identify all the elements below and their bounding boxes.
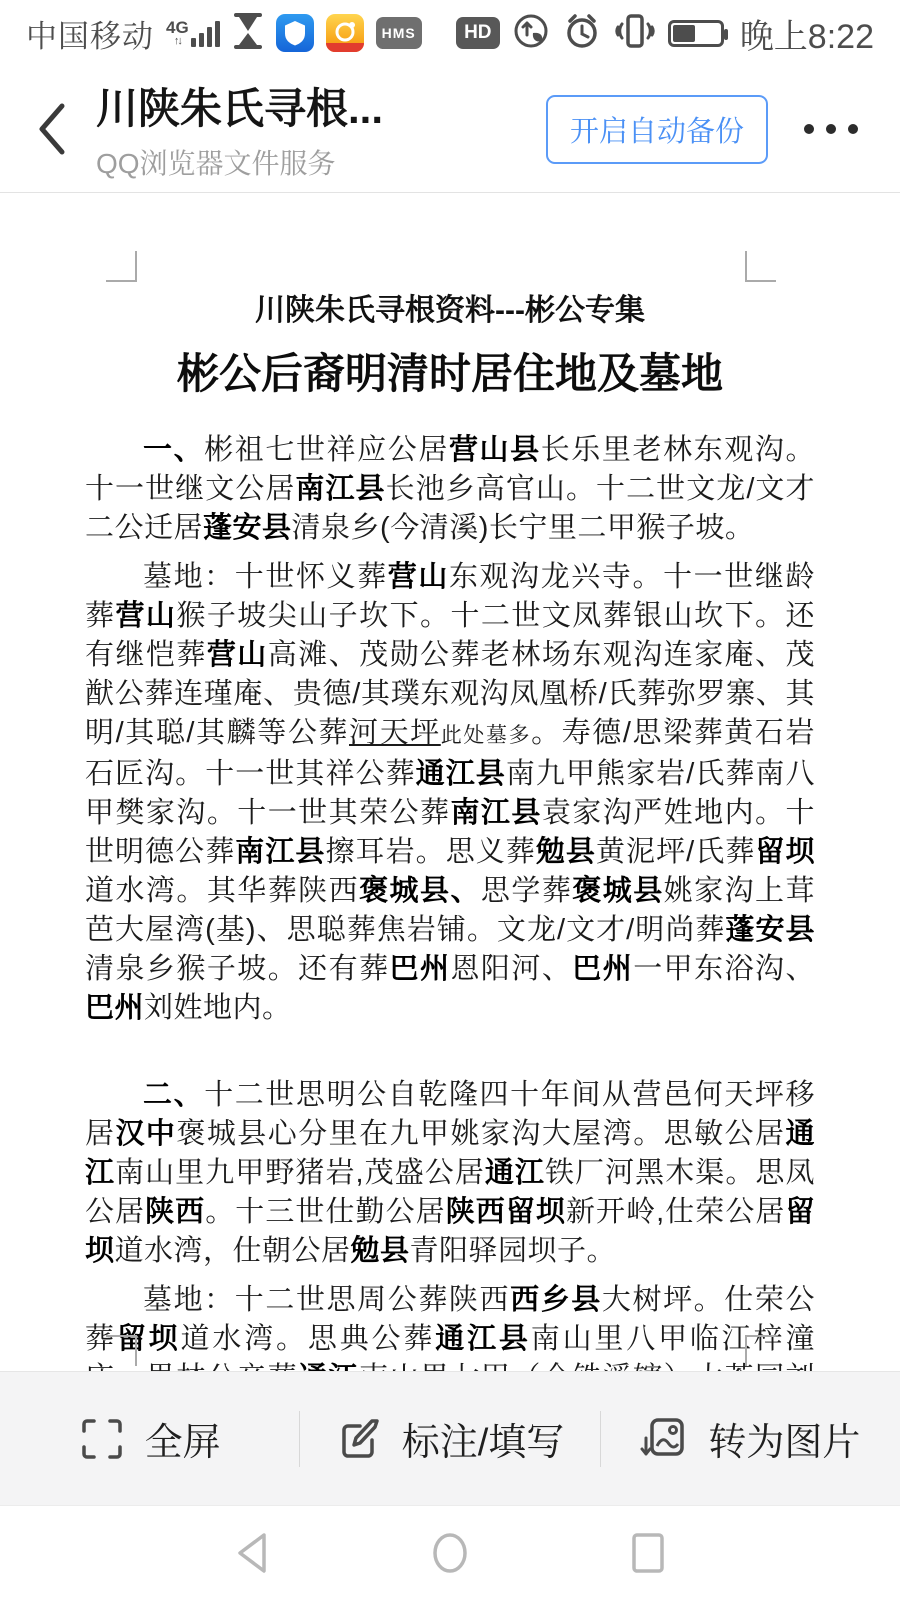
text-run: 巴州 xyxy=(390,953,451,985)
text-run: 蓬安县 xyxy=(725,914,815,946)
text-run: 褒城县、 xyxy=(359,875,481,907)
fullscreen-label: 全屏 xyxy=(145,1411,221,1466)
text-run: 擦耳岩。思义葬 xyxy=(325,836,535,868)
to-image-icon xyxy=(640,1416,688,1462)
text-run: 道水湾，仕朝公居 xyxy=(115,1235,351,1267)
file-subtitle: QQ浏览器文件服务 xyxy=(96,142,383,182)
text-run: 通江县 xyxy=(416,758,506,790)
hd-badge: HD xyxy=(456,17,500,49)
annotate-button[interactable]: 标注/填写 xyxy=(300,1411,599,1466)
title-block: 川陕朱氏寻根... QQ浏览器文件服务 xyxy=(96,76,383,182)
text-run: 营山 xyxy=(207,639,268,671)
text-run: 刘姓地内。 xyxy=(144,992,292,1024)
document-kicker: 川陕朱氏寻根资料---彬公专集 xyxy=(85,285,815,329)
text-run: 二、 xyxy=(143,1079,204,1111)
back-button[interactable] xyxy=(34,96,70,162)
document-viewport[interactable]: 川陕朱氏寻根资料---彬公专集 彬公后裔明清时居住地及墓地 一、彬祖七世祥应公居… xyxy=(0,193,900,1371)
page-corner-mark xyxy=(106,251,137,282)
text-run: 道水湾。其华葬陕西 xyxy=(85,875,359,907)
nav-home-button[interactable] xyxy=(427,1528,473,1578)
text-run: 一甲东浴沟、 xyxy=(633,953,815,985)
signal-bars-icon xyxy=(191,21,220,47)
text-run: 一、 xyxy=(143,434,204,466)
text-run: 南江县 xyxy=(235,836,325,868)
text-run: 汉中 xyxy=(115,1118,176,1150)
hms-badge: HMS xyxy=(376,17,422,49)
text-run: 通江 xyxy=(298,1362,359,1371)
network-label: 4G xyxy=(166,19,189,36)
text-run: 陕西留坝 xyxy=(446,1196,566,1228)
app-banner xyxy=(326,43,364,52)
phone-screen: 中国移动 4G ↑↓ HMS HD xyxy=(0,0,900,1600)
page-corner-mark xyxy=(745,251,776,282)
data-saver-icon xyxy=(512,12,550,55)
nav-back-icon xyxy=(230,1528,274,1578)
text-run: 青阳驿园坝子。 xyxy=(410,1235,617,1267)
back-chevron-icon xyxy=(34,96,70,162)
nav-home-icon xyxy=(427,1528,473,1578)
text-run: 墓地：十世怀义葬 xyxy=(143,561,388,593)
text-run: 通江 xyxy=(485,1157,545,1189)
text-run: 褒城县 xyxy=(572,875,663,907)
text-run: 思学葬 xyxy=(481,875,572,907)
text-run: 蓬安县 xyxy=(203,512,292,544)
status-right: HD 晚上8:22 xyxy=(456,9,874,58)
status-bar: 中国移动 4G ↑↓ HMS HD xyxy=(0,0,900,66)
to-image-button[interactable]: 转为图片 xyxy=(601,1411,900,1466)
document-body: 一、彬祖七世祥应公居营山县长乐里老林东观沟。十一世继文公居南江县长池乡高官山。十… xyxy=(85,431,815,1371)
text-run: 恩阳河、 xyxy=(450,953,572,985)
orange-app-icon xyxy=(326,14,364,52)
paragraph: 墓地：十世怀义葬营山东观沟龙兴寺。十一世继龄葬营山猴子坡尖山子坎下。十二世文凤葬… xyxy=(85,558,815,1028)
text-run: 营山县 xyxy=(449,434,541,466)
text-run: 河天坪 xyxy=(349,717,441,749)
text-run: 巴州 xyxy=(85,992,144,1024)
text-run: 褒城县心分里在九甲姚家沟大屋湾。思敏公居 xyxy=(176,1118,785,1150)
nav-recents-button[interactable] xyxy=(626,1528,670,1578)
nav-back-button[interactable] xyxy=(230,1528,274,1578)
bottom-toolbar: 全屏 标注/填写 转为图片 xyxy=(0,1371,900,1505)
carrier-label: 中国移动 xyxy=(26,11,154,56)
fullscreen-button[interactable]: 全屏 xyxy=(0,1411,299,1466)
text-run: 营山 xyxy=(115,600,176,632)
text-run: 留坝 xyxy=(755,836,815,868)
annotate-label: 标注/填写 xyxy=(402,1411,565,1466)
paragraph: 一、彬祖七世祥应公居营山县长乐里老林东观沟。十一世继文公居南江县长池乡高官山。十… xyxy=(85,431,815,548)
document-title: 彬公后裔明清时居住地及墓地 xyxy=(85,341,815,401)
page-corner-mark xyxy=(745,1335,776,1366)
page-corner-mark xyxy=(106,1335,137,1366)
text-run: 墓地：十二世思周公葬陕西 xyxy=(143,1284,510,1316)
fullscreen-icon xyxy=(79,1416,125,1462)
paragraph: 墓地：十二世思周公葬陕西西乡县大树坪。仕荣公葬留坝道水湾。思典公葬通江县南山里八… xyxy=(85,1281,815,1371)
shield-app-icon xyxy=(276,14,314,52)
text-run: 巴州 xyxy=(572,953,633,985)
to-image-label: 转为图片 xyxy=(708,1411,860,1466)
text-run: 。十三世仕勤公居 xyxy=(205,1196,445,1228)
auto-backup-button[interactable]: 开启自动备份 xyxy=(546,95,768,164)
text-run: 勉县 xyxy=(536,836,596,868)
text-run: 通江县 xyxy=(435,1323,531,1355)
text-run: 新开岭,仕荣公居 xyxy=(566,1196,786,1228)
status-left: 中国移动 4G ↑↓ HMS xyxy=(26,11,422,56)
file-title: 川陕朱氏寻根... xyxy=(96,76,383,136)
text-run: 此处墓多 xyxy=(441,724,531,747)
app-header: 川陕朱氏寻根... QQ浏览器文件服务 开启自动备份 xyxy=(0,66,900,193)
nav-recents-icon xyxy=(626,1528,670,1578)
hourglass-icon xyxy=(232,12,264,55)
network-type: 4G ↑↓ xyxy=(166,19,189,47)
text-run: 勉县 xyxy=(351,1235,410,1267)
updown-arrows-icon: ↑↓ xyxy=(174,36,181,47)
text-run: 道水湾。思典公葬 xyxy=(181,1323,436,1355)
battery-icon xyxy=(668,20,724,47)
text-run: 南江县 xyxy=(450,797,541,829)
text-run: 清泉乡猴子坡。还有葬 xyxy=(85,953,390,985)
clock-label: 晚上8:22 xyxy=(740,9,874,58)
signal-4g-icon: 4G ↑↓ xyxy=(166,19,220,47)
annotate-icon xyxy=(336,1416,382,1462)
text-run: 西乡县 xyxy=(510,1284,602,1316)
text-run: 南江县 xyxy=(295,473,385,505)
android-navbar xyxy=(0,1505,900,1600)
more-menu-button[interactable] xyxy=(804,124,858,134)
vibrate-icon xyxy=(614,11,656,56)
text-run: 南山里九甲野猪岩,茂盛公居 xyxy=(115,1157,485,1189)
text-run: 彬祖七世祥应公居 xyxy=(204,434,449,466)
text-run: 陕西 xyxy=(145,1196,205,1228)
text-run: 黄泥坪/氏葬 xyxy=(596,836,755,868)
text-run: 营山 xyxy=(388,561,449,593)
text-run: 清泉乡(今清溪)长宁里二甲猴子坡。 xyxy=(292,512,755,544)
alarm-icon xyxy=(562,11,602,56)
paragraph: 二、十二世思明公自乾隆四十年间从营邑何天坪移居汉中褒城县心分里在九甲姚家沟大屋湾… xyxy=(85,1076,815,1271)
